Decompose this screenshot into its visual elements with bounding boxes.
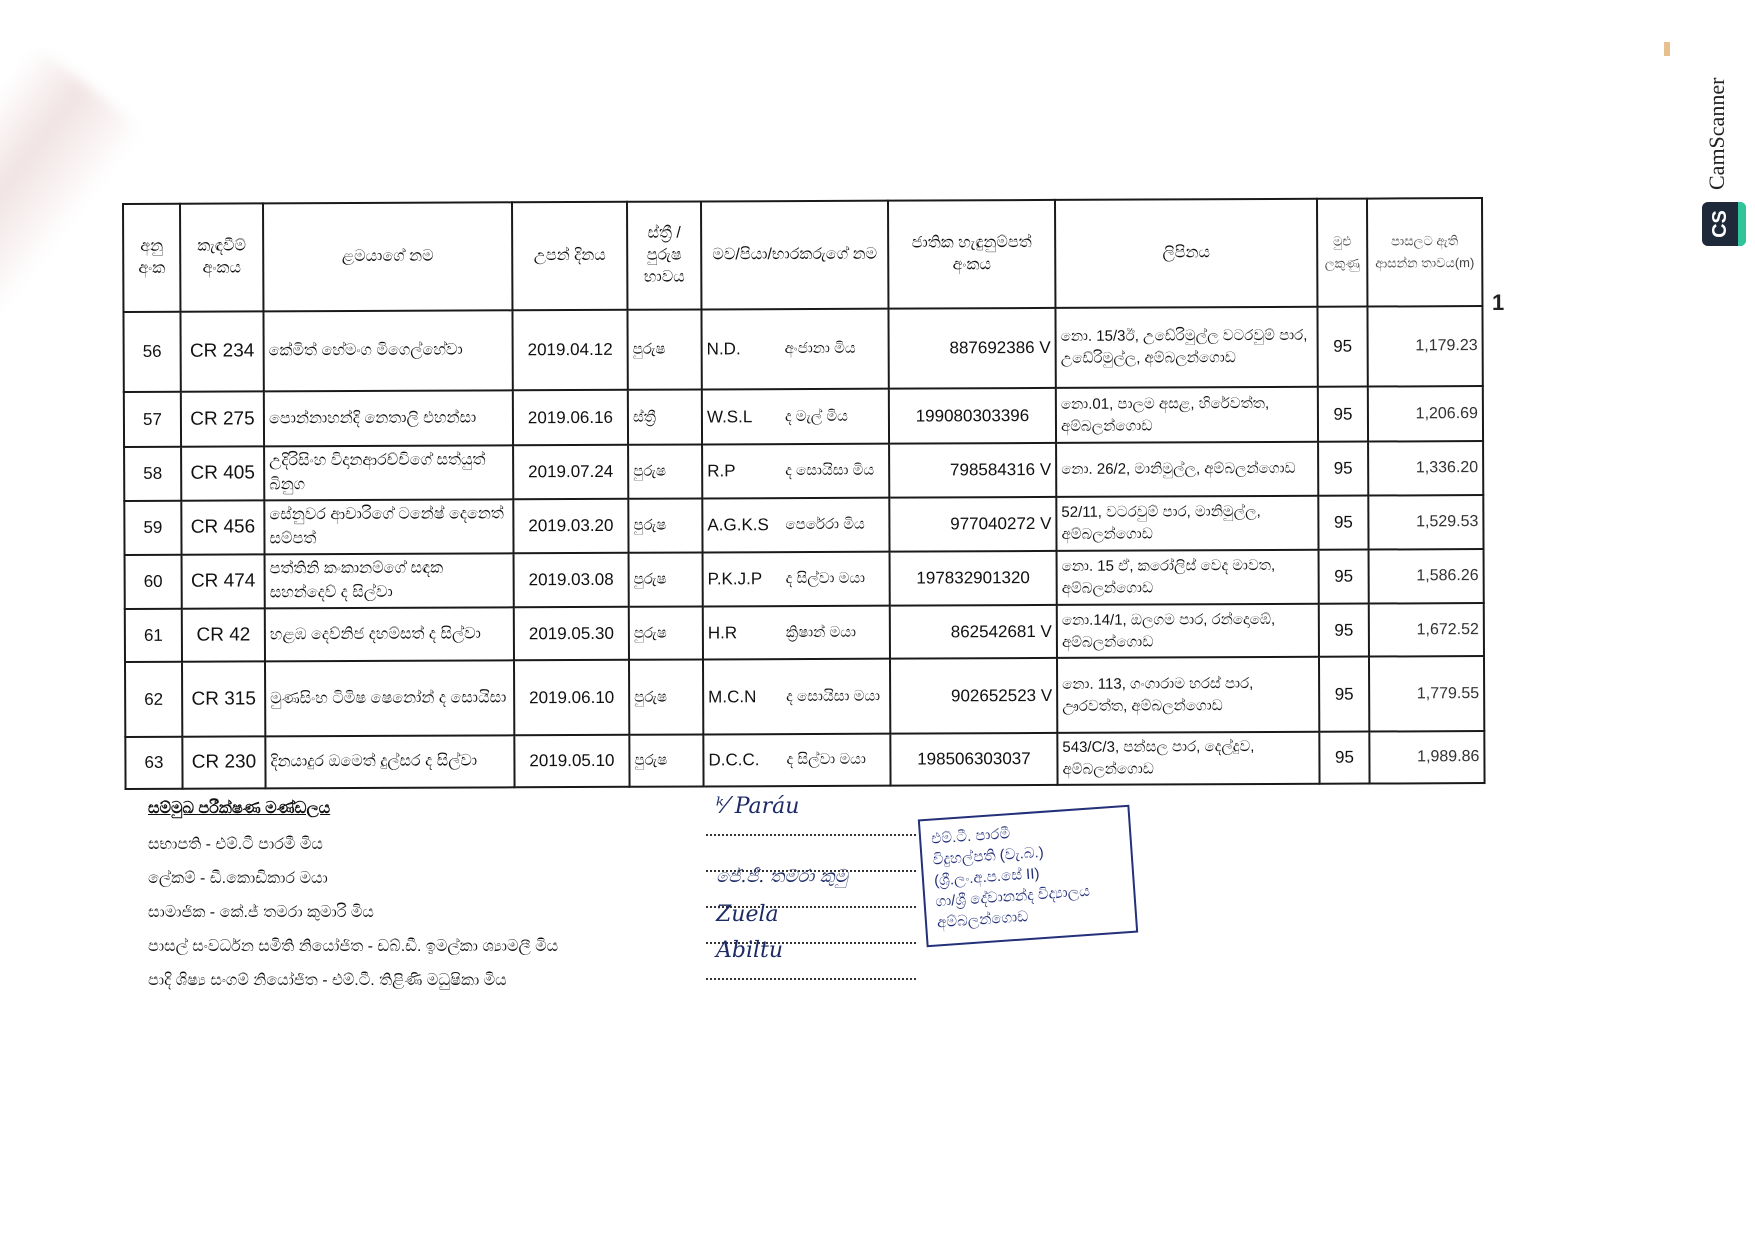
cell-gender: ස්ත්‍රී [628,389,702,444]
cell-address: නො. 15 ඒ, කරෝලිස් වෙද මාවත, අම්බලන්ගොඩ [1057,550,1319,605]
table-row: 56 CR 234 කේමිත් හේමංග මිගෙල්හේවා 2019.0… [123,306,1482,392]
cell-index: 59 [124,501,181,555]
cell-nic: 197832901320 [890,551,1057,606]
cell-distance: 1,989.86 [1369,731,1484,784]
camscanner-watermark: CamScanner CS [1702,40,1752,250]
cell-admission-no: CR 315 [182,661,265,736]
header-gender: ස්ත්‍රී / පුරුෂ භාවය [627,201,701,309]
cell-distance: 1,672.52 [1369,603,1484,657]
parent-surname: පෙරේරා මිය [785,514,884,536]
cell-gender: පුරුෂ [628,444,702,498]
cell-admission-no: CR 234 [180,311,263,391]
cell-total-marks: 95 [1317,307,1367,387]
cell-dob: 2019.05.30 [514,607,629,661]
cell-index: 57 [124,392,181,447]
cell-dob: 2019.06.16 [513,390,628,446]
admission-table: අනු අංක කැඳවීම් අංකය ළමයාගේ නම උපන් දිනය… [122,197,1486,790]
cell-total-marks: 95 [1319,732,1369,784]
cell-dob: 2019.05.10 [514,735,629,788]
cell-total-marks: 95 [1318,496,1368,550]
cell-index: 58 [124,447,181,501]
cell-index: 60 [125,555,182,609]
cell-child-name: සේනුවර ආචාරිගේ ටනේෂ් දෙනෙත් සම්පත් [264,499,513,554]
cell-index: 63 [125,737,182,789]
cell-address: නො. 113, ගංගාරාම හරස් පාර, ඌරවත්ත, අම්බල… [1057,657,1319,733]
cell-parent-name: R.P ද සොයිසා මිය [702,444,889,499]
cell-admission-no: CR 230 [182,736,265,788]
cell-dob: 2019.04.12 [512,310,627,391]
tape-mark [1664,42,1670,56]
table-row: 57 CR 275 පොන්නාහන්දි නෙතාලි එහන්සා 2019… [124,386,1483,447]
principal-stamp: එම්.ටී. පාරමී විදුහල්පති (වැ.බ.) (ශ්‍රී.… [918,805,1138,947]
cell-child-name: පොන්නාහන්දි නෙතාලි එහන්සා [264,390,513,446]
header-distance: පාසලට ඇති ආසන්න තාවය(m) [1367,198,1482,307]
cell-parent-name: N.D. අංජානා මිය [701,309,888,390]
cell-child-name: දිනයාදුර ඔමෙත් දුල්සර ද සිල්වා [265,735,514,788]
cell-index: 56 [123,312,180,392]
interview-committee: සම්මුඛ පරීක්ෂණ මණ්ඩලය සභාපති - එම්.ටී පා… [148,800,558,998]
parent-initials: P.K.J.P [708,567,786,591]
cell-distance: 1,336.20 [1368,441,1483,496]
cell-index: 62 [125,662,182,737]
cell-gender: පුරුෂ [628,498,702,552]
signature-line: ᵏ⁄ Paráu [706,800,916,836]
committee-member: පාදි ශිෂ්‍ය සංගම් නියෝජිත - එම්.ටී. තිළි… [148,964,558,998]
parent-surname: ද සොයිසා මිය [785,460,884,482]
cell-total-marks: 95 [1319,604,1369,657]
parent-initials: A.G.K.S [707,513,785,537]
cell-nic: 199080303396 [889,388,1056,444]
cell-distance: 1,586.26 [1369,549,1484,604]
cell-total-marks: 95 [1319,657,1369,732]
camscanner-logo-icon: CS [1702,202,1746,246]
logo-letters: CS [1702,206,1742,242]
cell-total-marks: 95 [1319,550,1369,604]
committee-member: පාසල් සංවර්ධන සමිති නියෝජිත - ඩබ්.ඩී. ඉම… [148,930,558,964]
parent-initials: D.C.C. [708,748,786,772]
parent-surname: ද මැල් මිය [785,405,884,427]
cell-address: නො.01, පාලම අසළ, හිරේවත්ත, අම්බලන්ගොඩ [1056,387,1318,443]
cell-dob: 2019.07.24 [513,445,628,500]
header-dob: උපන් දිනය [512,202,627,311]
cell-nic: 977040272 V [889,497,1056,552]
committee-member: සාමාජික - කේ.ජ් තමරා කුමාරි මිය [148,896,558,930]
cell-address: නො.14/1, ඔලගම පාර, රන්දොඹේ, අම්බලන්ගොඩ [1057,604,1319,658]
signature-line: Abiltu [706,944,916,980]
table-row: 60 CR 474 පත්තිනි කංකානම්ගේ සඳක සහන්දෙව්… [125,549,1484,609]
cell-admission-no: CR 405 [181,446,264,500]
committee-title: සම්මුඛ පරීක්ෂණ මණ්ඩලය [148,800,558,818]
cell-distance: 1,529.53 [1368,495,1483,550]
cell-parent-name: H.R ක්‍රිෂාන් මයා [703,606,890,660]
table-row: 62 CR 315 මුණසිංහ ටිමිෂ ෂෙනෝන් ද සොයිසා … [125,656,1484,737]
cell-gender: පුරුෂ [627,309,701,389]
table-row: 61 CR 42 හළඹ දෙව්නිජ දහම්සත් ද සිල්වා 20… [125,603,1484,662]
margin-mark: 1 [1492,290,1504,316]
admission-table-container: අනු අංක කැඳවීම් අංකය ළමයාගේ නම උපන් දිනය… [122,197,1486,790]
cell-dob: 2019.03.08 [514,553,629,608]
signature: ᵏ⁄ Paráu [716,794,799,819]
cell-gender: පුරුෂ [629,734,703,786]
cell-address: නො. 15/3ඊ, උඩේරිමුල්ල වටරවුම් පාර, උඩේරි… [1055,307,1317,388]
cell-distance: 1,206.69 [1368,386,1483,442]
cell-parent-name: P.K.J.P ද සිල්වා මයා [703,552,890,607]
parent-initials: H.R [708,621,786,645]
parent-initials: R.P [707,459,785,483]
cell-gender: පුරුෂ [629,552,703,606]
cell-total-marks: 95 [1318,442,1368,496]
cell-child-name: පත්තිනි කංකානම්ගේ සඳක සහන්දෙව් ද සිල්වා [265,553,514,608]
cell-nic: 198506303037 [890,733,1057,786]
parent-initials: W.S.L [707,405,785,429]
parent-surname: ද සොයිසා මයා [786,685,885,707]
cell-child-name: මුණසිංහ ටිමිෂ ෂෙනෝන් ද සොයිසා [265,660,514,736]
cell-dob: 2019.03.20 [513,499,628,554]
signature-lines: ᵏ⁄ Paráu ජේ.ජී. තමරා කුමු Zuela Abiltu [706,800,916,980]
parent-surname: ක්‍රිෂාන් මයා [786,621,885,643]
table-row: 59 CR 456 සේනුවර ආචාරිගේ ටනේෂ් දෙනෙත් සම… [124,495,1483,555]
cell-parent-name: A.G.K.S පෙරේරා මිය [702,498,889,553]
cell-admission-no: CR 474 [182,554,265,608]
cell-child-name: කේමිත් හේමංග මිගෙල්හේවා [263,310,512,391]
signature: ජේ.ජී. තමරා කුමු [716,866,847,887]
parent-surname: අංජානා මිය [785,338,884,360]
header-nic: ජාතික හැඳුනුම්පත් අංකය [888,200,1055,309]
cell-parent-name: M.C.N ද සොයිසා මයා [703,659,890,735]
parent-surname: ද සිල්වා මයා [786,568,885,590]
signature: Abiltu [716,938,783,963]
cell-parent-name: W.S.L ද මැල් මිය [702,389,889,445]
cell-index: 61 [125,609,182,662]
table-row: 58 CR 405 උදිරිසිංහ විදානආරච්චිගේ සත්යුත… [124,441,1483,501]
header-admission-no: කැඳවීම් අංකය [180,203,263,311]
cell-parent-name: D.C.C. ද සිල්වා මයා [703,734,890,787]
cell-nic: 887692386 V [888,308,1055,389]
cell-admission-no: CR 42 [182,608,265,661]
table-row: 63 CR 230 දිනයාදුර ඔමෙත් දුල්සර ද සිල්වා… [125,731,1484,789]
table-body: 56 CR 234 කේමිත් හේමංග මිගෙල්හේවා 2019.0… [123,306,1484,789]
header-address: ලිපිනය [1055,199,1317,308]
cell-gender: පුරුෂ [629,606,703,659]
header-child-name: ළමයාගේ නම [263,202,512,311]
signature: Zuela [716,902,779,927]
cell-distance: 1,179.23 [1367,306,1482,387]
cell-nic: 798584316 V [889,443,1056,498]
header-total-marks: මුළු ලකුණු [1317,199,1367,307]
cell-distance: 1,779.55 [1369,656,1484,732]
cell-total-marks: 95 [1318,387,1368,442]
committee-member: සභාපති - එම්.ටී පාරමී මිය [148,828,558,862]
cell-dob: 2019.06.10 [514,660,629,736]
watermark-text: CamScanner [1704,40,1744,190]
parent-initials: N.D. [707,337,785,361]
header-parent-name: මව/පියා/භාරකරුගේ නම [701,201,888,310]
cell-address: 543/C/3, පන්සල පාර, දෙල්දුව, අම්බලන්ගොඩ [1057,732,1319,785]
parent-surname: ද සිල්වා මයා [786,749,885,771]
header-index: අනු අංක [123,204,180,312]
cell-address: 52/11, වටරවුම් පාර, මානිමුල්ල, අම්බලන්ගො… [1056,496,1318,551]
cell-gender: පුරුෂ [629,659,703,734]
cell-nic: 902652523 V [890,658,1057,734]
cell-nic: 862542681 V [890,605,1057,659]
cell-admission-no: CR 275 [181,391,264,446]
cell-child-name: හළඹ දෙව්නිජ දහම්සත් ද සිල්වා [265,607,514,661]
cell-admission-no: CR 456 [181,500,264,554]
cell-address: නො. 26/2, මානිමුල්ල, අම්බලන්ගොඩ [1056,442,1318,497]
header-row: අනු අංක කැඳවීම් අංකය ළමයාගේ නම උපන් දිනය… [123,198,1482,312]
parent-initials: M.C.N [708,685,786,709]
committee-member: ලේකම් - ඩී.කොඩිකාර මයා [148,862,558,896]
cell-child-name: උදිරිසිංහ විදානආරච්චිගේ සත්යුත් බිනුග [264,445,513,500]
